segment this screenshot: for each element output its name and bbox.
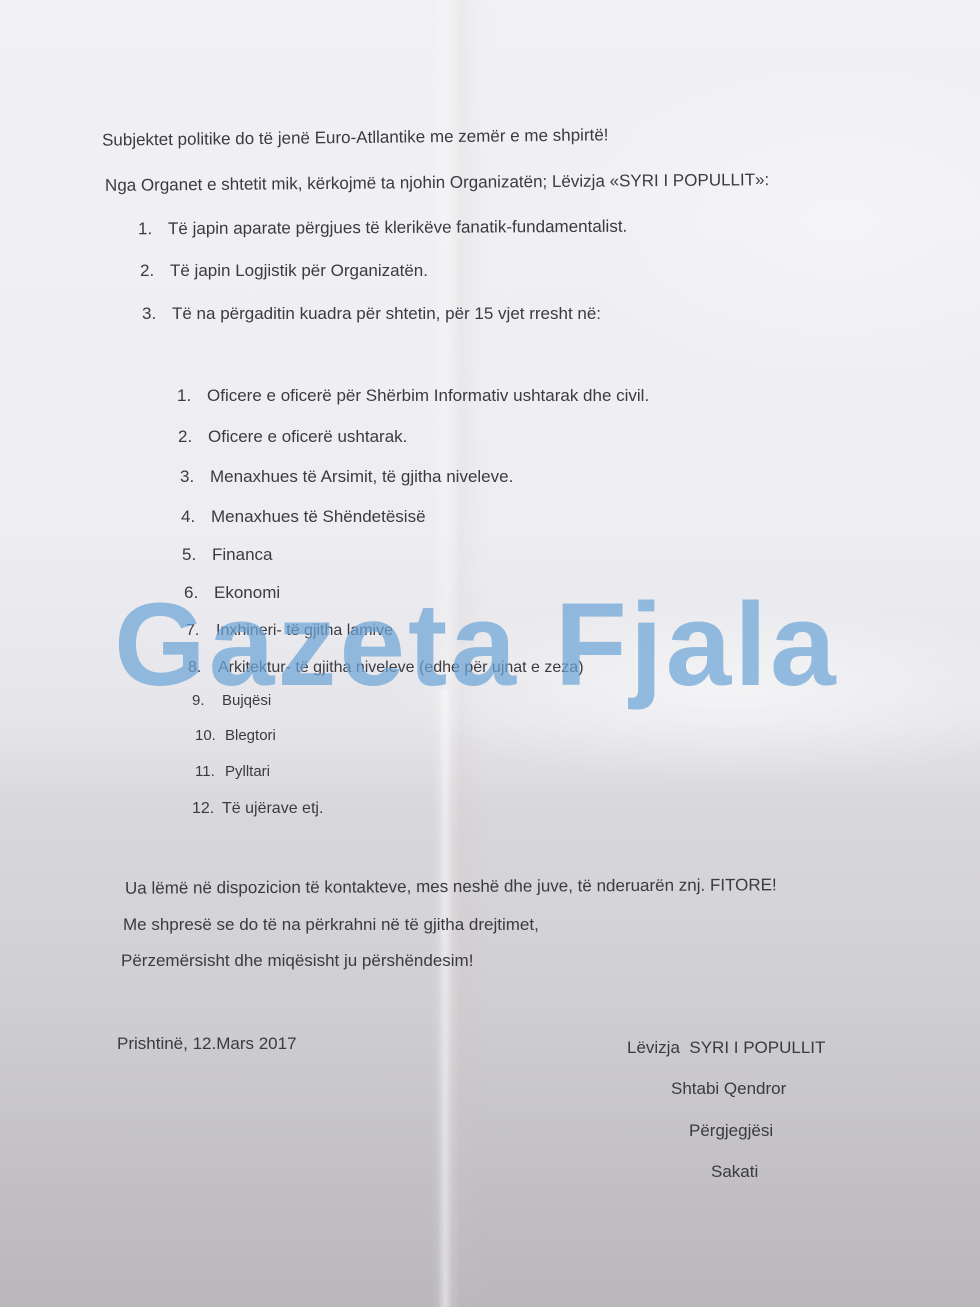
list-number: 3. (142, 304, 172, 324)
sub-list-item: 3.Menaxhues të Arsimit, të gjitha nivele… (180, 467, 513, 487)
sub-list-item: 4.Menaxhues të Shëndetësisë (181, 507, 426, 527)
sub-list-item: 10.Blegtori (195, 727, 276, 744)
list-number: 2. (178, 427, 208, 447)
list-text: Menaxhues të Shëndetësisë (211, 507, 426, 526)
list-text: Menaxhues të Arsimit, të gjitha niveleve… (210, 467, 513, 486)
watermark: Gazeta Fjala (114, 586, 839, 704)
list-text: Ekonomi (214, 583, 280, 602)
list-number: 7. (186, 622, 216, 640)
request-line: Nga Organet e shtetit mik, kërkojmë ta n… (105, 170, 769, 196)
closing-line: Me shpresë se do të na përkrahni në të g… (123, 915, 539, 935)
sub-list-item: 12.Të ujërave etj. (192, 800, 323, 818)
list-text: Të ujërave etj. (222, 800, 323, 817)
list-text: Të japin aparate përgjues të klerikëve f… (168, 217, 627, 238)
main-list-item: 3.Të na përgaditin kuadra për shtetin, p… (142, 304, 601, 324)
list-number: 1. (177, 386, 207, 406)
list-text: Blegtori (225, 727, 276, 744)
list-text: Oficere e oficerë ushtarak. (208, 427, 407, 446)
sub-list-item: 2.Oficere e oficerë ushtarak. (178, 427, 407, 447)
list-number: 8. (188, 659, 218, 677)
signature-dept: Shtabi Qendror (671, 1079, 786, 1099)
closing-line: Ua lëmë në dispozicion të kontakteve, me… (125, 875, 777, 898)
sub-list-item: 8.Arkitektur- të gjitha niveleve (edhe p… (188, 659, 584, 677)
sub-list-item: 9.Bujqësi (192, 692, 271, 709)
list-text: Të na përgaditin kuadra për shtetin, për… (172, 304, 601, 323)
list-number: 4. (181, 507, 211, 527)
list-number: 9. (192, 692, 222, 709)
main-list-item: 1.Të japin aparate përgjues të klerikëve… (138, 217, 627, 240)
list-number: 3. (180, 467, 210, 487)
signature-role: Përgjegjësi (689, 1121, 773, 1141)
list-text: Oficere e oficerë për Shërbim Informativ… (207, 386, 649, 405)
list-text: Financa (212, 545, 272, 564)
list-number: 10. (195, 727, 225, 744)
sub-list-item: 6.Ekonomi (184, 583, 280, 603)
list-text: Inxhineri- të gjitha lamive (216, 622, 393, 639)
paper-fold (438, 690, 452, 1307)
sub-list-item: 7.Inxhineri- të gjitha lamive (186, 622, 393, 640)
list-number: 12. (192, 800, 222, 818)
list-number: 2. (140, 261, 170, 281)
main-list-item: 2.Të japin Logjistik për Organizatën. (140, 261, 428, 281)
intro-line: Subjektet politike do të jenë Euro-Atlla… (102, 125, 609, 150)
signature-org: Lëvizja SYRI I POPULLIT (627, 1038, 825, 1058)
list-text: Të japin Logjistik për Organizatën. (170, 261, 428, 280)
list-text: Bujqësi (222, 692, 271, 709)
list-number: 11. (195, 763, 225, 780)
signature-name: Sakati (711, 1162, 758, 1182)
sub-list-item: 11.Pylltari (195, 763, 270, 780)
sub-list-item: 5.Financa (182, 545, 272, 565)
sub-list-item: 1.Oficere e oficerë për Shërbim Informat… (177, 386, 649, 406)
closing-line: Përzemërsisht dhe miqësisht ju përshënde… (121, 951, 473, 971)
list-number: 6. (184, 583, 214, 603)
list-text: Pylltari (225, 763, 270, 780)
paper-background (0, 0, 980, 1307)
list-number: 1. (138, 219, 168, 239)
list-number: 5. (182, 545, 212, 565)
list-text: Arkitektur- të gjitha niveleve (edhe për… (218, 659, 584, 676)
place-date: Prishtinë, 12.Mars 2017 (117, 1034, 297, 1054)
